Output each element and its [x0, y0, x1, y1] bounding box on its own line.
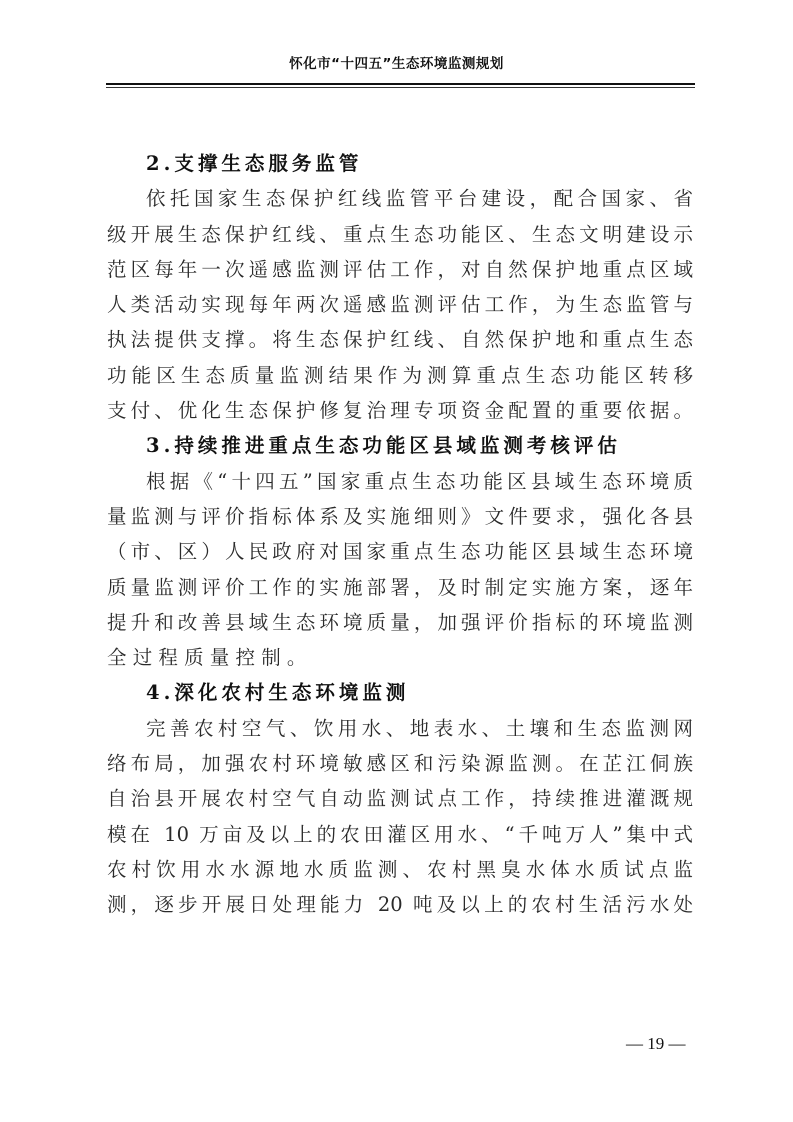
section-heading-3: 3.持续推进重点生态功能区县域监测考核评估 [107, 428, 693, 463]
running-header-title: 怀化市“十四五”生态环境监测规划 [0, 52, 793, 72]
header-rule-thin [106, 87, 695, 88]
paragraph-line: 完善农村空气、饮用水、地表水、土壤和生态监测网 [107, 711, 693, 746]
paragraph-line: 级开展生态保护红线、重点生态功能区、生态文明建设示 [107, 217, 693, 252]
paragraph-line: 功能区生态质量监测结果作为测算重点生态功能区转移 [107, 358, 693, 393]
paragraph-line: 自治县开展农村空气自动监测试点工作，持续推进灌溉规 [107, 781, 693, 816]
paragraph-line: 人类活动实现每年两次遥感监测评估工作，为生态监管与 [107, 287, 693, 322]
paragraph-line: 执法提供支撑。将生态保护红线、自然保护地和重点生态 [107, 322, 693, 357]
page-number: — 19 — [626, 1034, 686, 1054]
paragraph-line: 量监测与评价指标体系及实施细则》文件要求，强化各县 [107, 499, 693, 534]
paragraph-line: 提升和改善县域生态环境质量，加强评价指标的环境监测 [107, 605, 693, 640]
header-double-rule [106, 83, 695, 88]
paragraph-line: 测，逐步开展日处理能力 20 吨及以上的农村生活污水处 [107, 887, 693, 922]
paragraph-line: 依托国家生态保护红线监管平台建设，配合国家、省 [107, 181, 693, 216]
paragraph-line: （市、区）人民政府对国家重点生态功能区县域生态环境 [107, 534, 693, 569]
paragraph-line: 支付、优化生态保护修复治理专项资金配置的重要依据。 [107, 393, 693, 428]
paragraph-line: 农村饮用水水源地水质监测、农村黑臭水体水质试点监 [107, 852, 693, 887]
paragraph-line: 模在 10 万亩及以上的农田灌区用水、“千吨万人”集中式 [107, 817, 693, 852]
paragraph-line: 范区每年一次遥感监测评估工作，对自然保护地重点区域 [107, 252, 693, 287]
paragraph-line: 质量监测评价工作的实施部署，及时制定实施方案，逐年 [107, 570, 693, 605]
document-body: 2.支撑生态服务监管 依托国家生态保护红线监管平台建设，配合国家、省 级开展生态… [107, 146, 693, 923]
paragraph-line: 根据《“十四五”国家重点生态功能区县域生态环境质 [107, 464, 693, 499]
section-heading-4: 4.深化农村生态环境监测 [107, 675, 693, 710]
paragraph-line: 络布局，加强农村环境敏感区和污染源监测。在芷江侗族 [107, 746, 693, 781]
section-heading-2: 2.支撑生态服务监管 [107, 146, 693, 181]
header-rule-thick [106, 83, 695, 85]
paragraph-line: 全过程质量控制。 [107, 640, 693, 675]
